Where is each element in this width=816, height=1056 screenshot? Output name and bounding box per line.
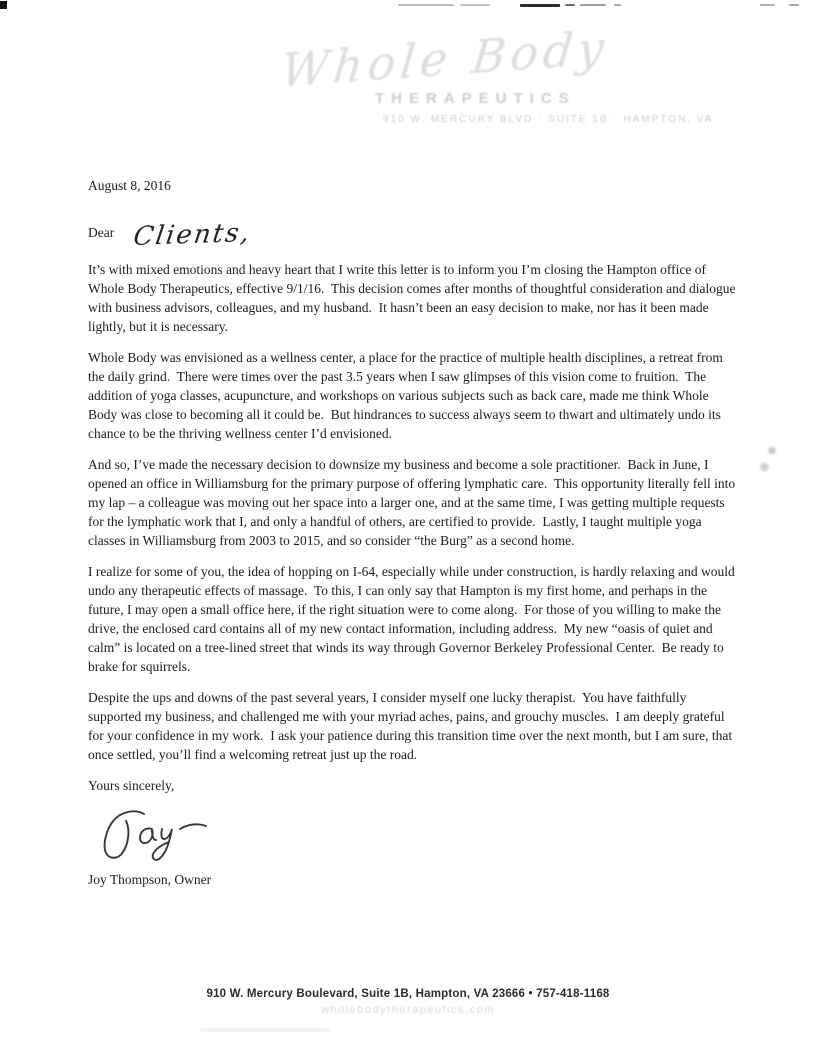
- scan-smudge: [760, 463, 769, 471]
- letterhead: Whole Body THERAPEUTICS 910 W. MERCURY B…: [235, 36, 655, 125]
- scan-artifact-dash: [580, 4, 606, 6]
- footer-website-faint: wholebodytherapeutics.com: [0, 1004, 816, 1016]
- scan-smudge: [200, 1029, 330, 1031]
- paragraph-1: It’s with mixed emotions and heavy heart…: [88, 260, 740, 336]
- salutation: Dear Clients,: [88, 222, 251, 262]
- signer-name-line: Joy Thompson, Owner: [88, 870, 740, 889]
- letterhead-wordmark: THERAPEUTICS: [375, 90, 655, 107]
- paragraph-2: Whole Body was envisioned as a wellness …: [88, 348, 740, 443]
- date-line: August 8, 2016: [88, 178, 171, 194]
- footer-address: 910 W. Mercury Boulevard, Suite 1B, Hamp…: [0, 988, 816, 1000]
- scan-artifact-dash: [614, 4, 621, 6]
- valediction: Yours sincerely,: [88, 776, 740, 795]
- scan-artifact-dash: [460, 4, 490, 6]
- scan-artifact-dash: [565, 4, 575, 6]
- scan-artifact-dash: [789, 4, 799, 6]
- scan-artifact-dash: [760, 4, 775, 6]
- scan-artifact-corner: [0, 1, 7, 9]
- signature-ink: [100, 807, 235, 865]
- scan-smudge: [768, 447, 776, 454]
- paragraph-5: Despite the ups and downs of the past se…: [88, 688, 740, 764]
- letter-body: It’s with mixed emotions and heavy heart…: [88, 260, 740, 901]
- letterhead-contact-line: 910 W. MERCURY BLVD · SUITE 1B · HAMPTON…: [383, 114, 655, 125]
- paragraph-4: I realize for some of you, the idea of h…: [88, 562, 740, 676]
- letterhead-script-logo: Whole Body: [233, 21, 657, 97]
- salutation-handwritten: Clients,: [132, 220, 253, 250]
- scan-artifact-dash: [520, 4, 560, 7]
- handwritten-signature: [100, 807, 740, 870]
- letter-page: Whole Body THERAPEUTICS 910 W. MERCURY B…: [0, 0, 816, 1056]
- paragraph-3: And so, I’ve made the necessary decision…: [88, 455, 740, 550]
- salutation-typed: Dear: [88, 225, 114, 240]
- page-footer: 910 W. Mercury Boulevard, Suite 1B, Hamp…: [0, 988, 816, 1016]
- scan-artifact-dash: [398, 4, 454, 6]
